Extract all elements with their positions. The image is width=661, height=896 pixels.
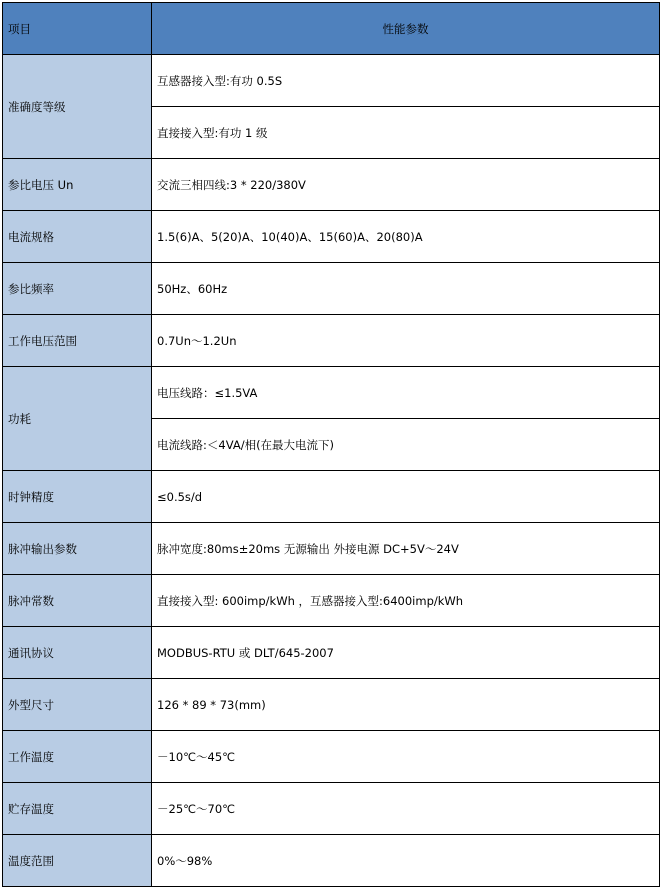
spec-table: 项目 性能参数 准确度等级 互感器接入型:有功 0.5S 直接接入型:有功 1 … — [2, 2, 660, 887]
table-row: 脉冲常数 直接接入型: 600imp/kWh ，互感器接入型:6400imp/k… — [3, 575, 660, 627]
table-row: 时钟精度 ≤0.5s/d — [3, 471, 660, 523]
row-key: 参比频率 — [3, 263, 152, 315]
row-key: 脉冲输出参数 — [3, 523, 152, 575]
row-key: 脉冲常数 — [3, 575, 152, 627]
table-row: 温度范围 0%～98% — [3, 835, 660, 887]
row-value: 交流三相四线:3 * 220/380V — [152, 159, 660, 211]
table-row: 功耗 电压线路：≤1.5VA — [3, 367, 660, 419]
row-key: 外型尺寸 — [3, 679, 152, 731]
row-value: 脉冲宽度:80ms±20ms 无源输出 外接电源 DC+5V～24V — [152, 523, 660, 575]
row-key: 电流规格 — [3, 211, 152, 263]
row-value: 电压线路：≤1.5VA — [152, 367, 660, 419]
table-row: 工作电压范围 0.7Un～1.2Un — [3, 315, 660, 367]
row-value: 直接接入型: 600imp/kWh ，互感器接入型:6400imp/kWh — [152, 575, 660, 627]
row-value: ≤0.5s/d — [152, 471, 660, 523]
row-key: 温度范围 — [3, 835, 152, 887]
row-value: MODBUS-RTU 或 DLT/645-2007 — [152, 627, 660, 679]
table-header-row: 项目 性能参数 — [3, 3, 660, 55]
table-row: 通讯协议 MODBUS-RTU 或 DLT/645-2007 — [3, 627, 660, 679]
table-row: 电流规格 1.5(6)A、5(20)A、10(40)A、15(60)A、20(8… — [3, 211, 660, 263]
table-row: 外型尺寸 126 * 89 * 73(mm) — [3, 679, 660, 731]
row-value: 直接接入型:有功 1 级 — [152, 107, 660, 159]
row-value: 0.7Un～1.2Un — [152, 315, 660, 367]
header-item: 项目 — [3, 3, 152, 55]
row-value: 126 * 89 * 73(mm) — [152, 679, 660, 731]
row-value: 电流线路:＜4VA/相(在最大电流下) — [152, 419, 660, 471]
row-key: 通讯协议 — [3, 627, 152, 679]
row-key: 工作电压范围 — [3, 315, 152, 367]
table-row: 贮存温度 －25℃～70℃ — [3, 783, 660, 835]
row-key: 准确度等级 — [3, 55, 152, 159]
row-value: －10℃～45℃ — [152, 731, 660, 783]
row-value: －25℃～70℃ — [152, 783, 660, 835]
row-key: 贮存温度 — [3, 783, 152, 835]
row-value: 互感器接入型:有功 0.5S — [152, 55, 660, 107]
row-key: 功耗 — [3, 367, 152, 471]
header-spec: 性能参数 — [152, 3, 660, 55]
row-value: 50Hz、60Hz — [152, 263, 660, 315]
table-row: 参比电压 Un 交流三相四线:3 * 220/380V — [3, 159, 660, 211]
row-key: 时钟精度 — [3, 471, 152, 523]
table-row: 脉冲输出参数 脉冲宽度:80ms±20ms 无源输出 外接电源 DC+5V～24… — [3, 523, 660, 575]
table-row: 参比频率 50Hz、60Hz — [3, 263, 660, 315]
row-key: 工作温度 — [3, 731, 152, 783]
table-row: 准确度等级 互感器接入型:有功 0.5S — [3, 55, 660, 107]
row-key: 参比电压 Un — [3, 159, 152, 211]
table-row: 工作温度 －10℃～45℃ — [3, 731, 660, 783]
row-value: 0%～98% — [152, 835, 660, 887]
row-value: 1.5(6)A、5(20)A、10(40)A、15(60)A、20(80)A — [152, 211, 660, 263]
